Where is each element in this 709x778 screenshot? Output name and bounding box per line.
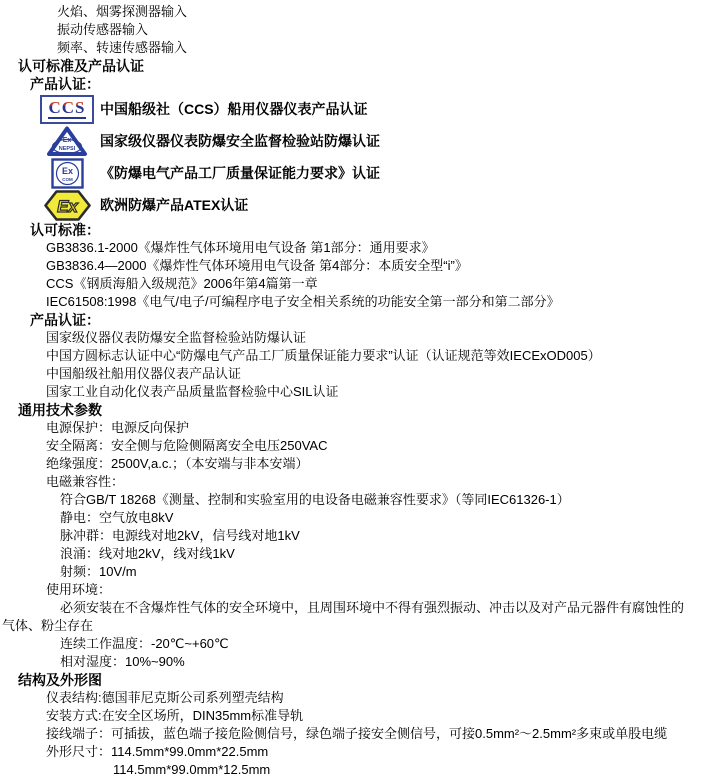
input-type-line: 频率、转速传感器输入 [0,39,709,57]
structure-line-dimensions-1: 外形尺寸：114.5mm*99.0mm*22.5mm [0,743,709,761]
spec-line-power-protection: 电源保护：电源反向保护 [0,419,709,437]
standard-line: GB3836.4—2000《爆炸性气体环境用电气设备 第4部分：本质安全型“i”… [0,257,709,275]
section-title-structure-dimensions: 结构及外形图 [0,671,709,689]
svg-text:NEPSI: NEPSI [59,146,76,152]
recognized-standards-heading: 认可标准： [0,221,709,239]
spec-line-environment-1: 必须安装在不含爆炸性气体的安全环境中，且周围环境中不得有强烈振动、冲击以及对产品… [0,599,709,617]
input-type-line: 振动传感器输入 [0,21,709,39]
product-certification-heading-2: 产品认证： [0,311,709,329]
product-cert-line: 国家级仪器仪表防爆安全监督检验站防爆认证 [0,329,709,347]
excom-ex-logo-icon: Ex COM [38,158,96,189]
atex-ex-logo-icon: Ex [38,190,96,221]
spec-line-esd: 静电：空气放电8kV [0,509,709,527]
spec-line-environment-heading: 使用环境： [0,581,709,599]
structure-line-housing: 仪表结构:德国菲尼克斯公司系列塑壳结构 [0,689,709,707]
svg-text:Ex: Ex [61,166,72,176]
standard-line: GB3836.1-2000《爆炸性气体环境用电气设备 第1部分：通用要求》 [0,239,709,257]
cert-row-nepsi: Ex NEPSI 国家级仪器仪表防爆安全监督检验站防爆认证 [38,125,709,157]
standard-line: CCS《钢质海船入级规范》2006年第4篇第一章 [0,275,709,293]
product-cert-line: 中国方圆标志认证中心“防爆电气产品工厂质量保证能力要求”认证（认证规范等效IEC… [0,347,709,365]
spec-line-insulation-strength: 绝缘强度：2500V,a.c.；（本安端与非本安端） [0,455,709,473]
standard-line: IEC61508:1998《电气/电子/可编程序电子安全相关系统的功能安全第一部… [0,293,709,311]
spec-line-emc-heading: 电磁兼容性： [0,473,709,491]
spec-line-burst: 脉冲群：电源线对地2kV，信号线对地1kV [0,527,709,545]
section-title-general-tech-params: 通用技术参数 [0,401,709,419]
cert-label: 欧洲防爆产品ATEX认证 [100,196,248,214]
cert-row-ccs: CCS 中国船级社（CCS）船用仪器仪表产品认证 [38,93,709,125]
ccs-logo-icon: CCS [38,95,96,124]
svg-text:Ex: Ex [63,137,72,144]
spec-line-surge: 浪涌：线对地2kV，线对线1kV [0,545,709,563]
structure-line-mounting: 安装方式:在安全区场所，DIN35mm标准导轨 [0,707,709,725]
svg-text:Ex: Ex [57,197,79,216]
section-title-standards-and-certifications: 认可标准及产品认证 [0,57,709,75]
structure-line-dimensions-2: 114.5mm*99.0mm*12.5mm [0,761,709,778]
cert-label: 《防爆电气产品工厂质量保证能力要求》认证 [100,164,380,182]
datasheet-page: 火焰、烟雾探测器输入 振动传感器输入 频率、转速传感器输入 认可标准及产品认证 … [0,0,709,778]
cert-label: 中国船级社（CCS）船用仪器仪表产品认证 [100,100,368,118]
svg-text:COM: COM [62,177,73,182]
product-cert-line: 中国船级社船用仪器仪表产品认证 [0,365,709,383]
spec-line-rf: 射频：10V/m [0,563,709,581]
spec-line-humidity: 相对湿度：10%~90% [0,653,709,671]
product-certification-heading: 产品认证： [0,75,709,93]
spec-line-safety-isolation: 安全隔离：安全侧与危险侧隔离安全电压250VAC [0,437,709,455]
nepsi-ex-logo-icon: Ex NEPSI [38,125,96,157]
spec-line-emc-standard: 符合GB/T 18268《测量、控制和实验室用的电设备电磁兼容性要求》（等同IE… [0,491,709,509]
cert-row-atex: Ex 欧洲防爆产品ATEX认证 [38,189,709,221]
input-type-line: 火焰、烟雾探测器输入 [0,3,709,21]
spec-line-operating-temp: 连续工作温度：-20℃~+60℃ [0,635,709,653]
cert-label: 国家级仪器仪表防爆安全监督检验站防爆认证 [100,132,380,150]
product-cert-line: 国家工业自动化仪表产品质量监督检验中心SIL认证 [0,383,709,401]
spec-line-environment-2: 气体、粉尘存在 [0,617,709,635]
structure-line-terminals: 接线端子：可插拔，蓝色端子接危险侧信号，绿色端子接安全侧信号，可接0.5mm²～… [0,725,709,743]
cert-row-excom: Ex COM 《防爆电气产品工厂质量保证能力要求》认证 [38,157,709,189]
